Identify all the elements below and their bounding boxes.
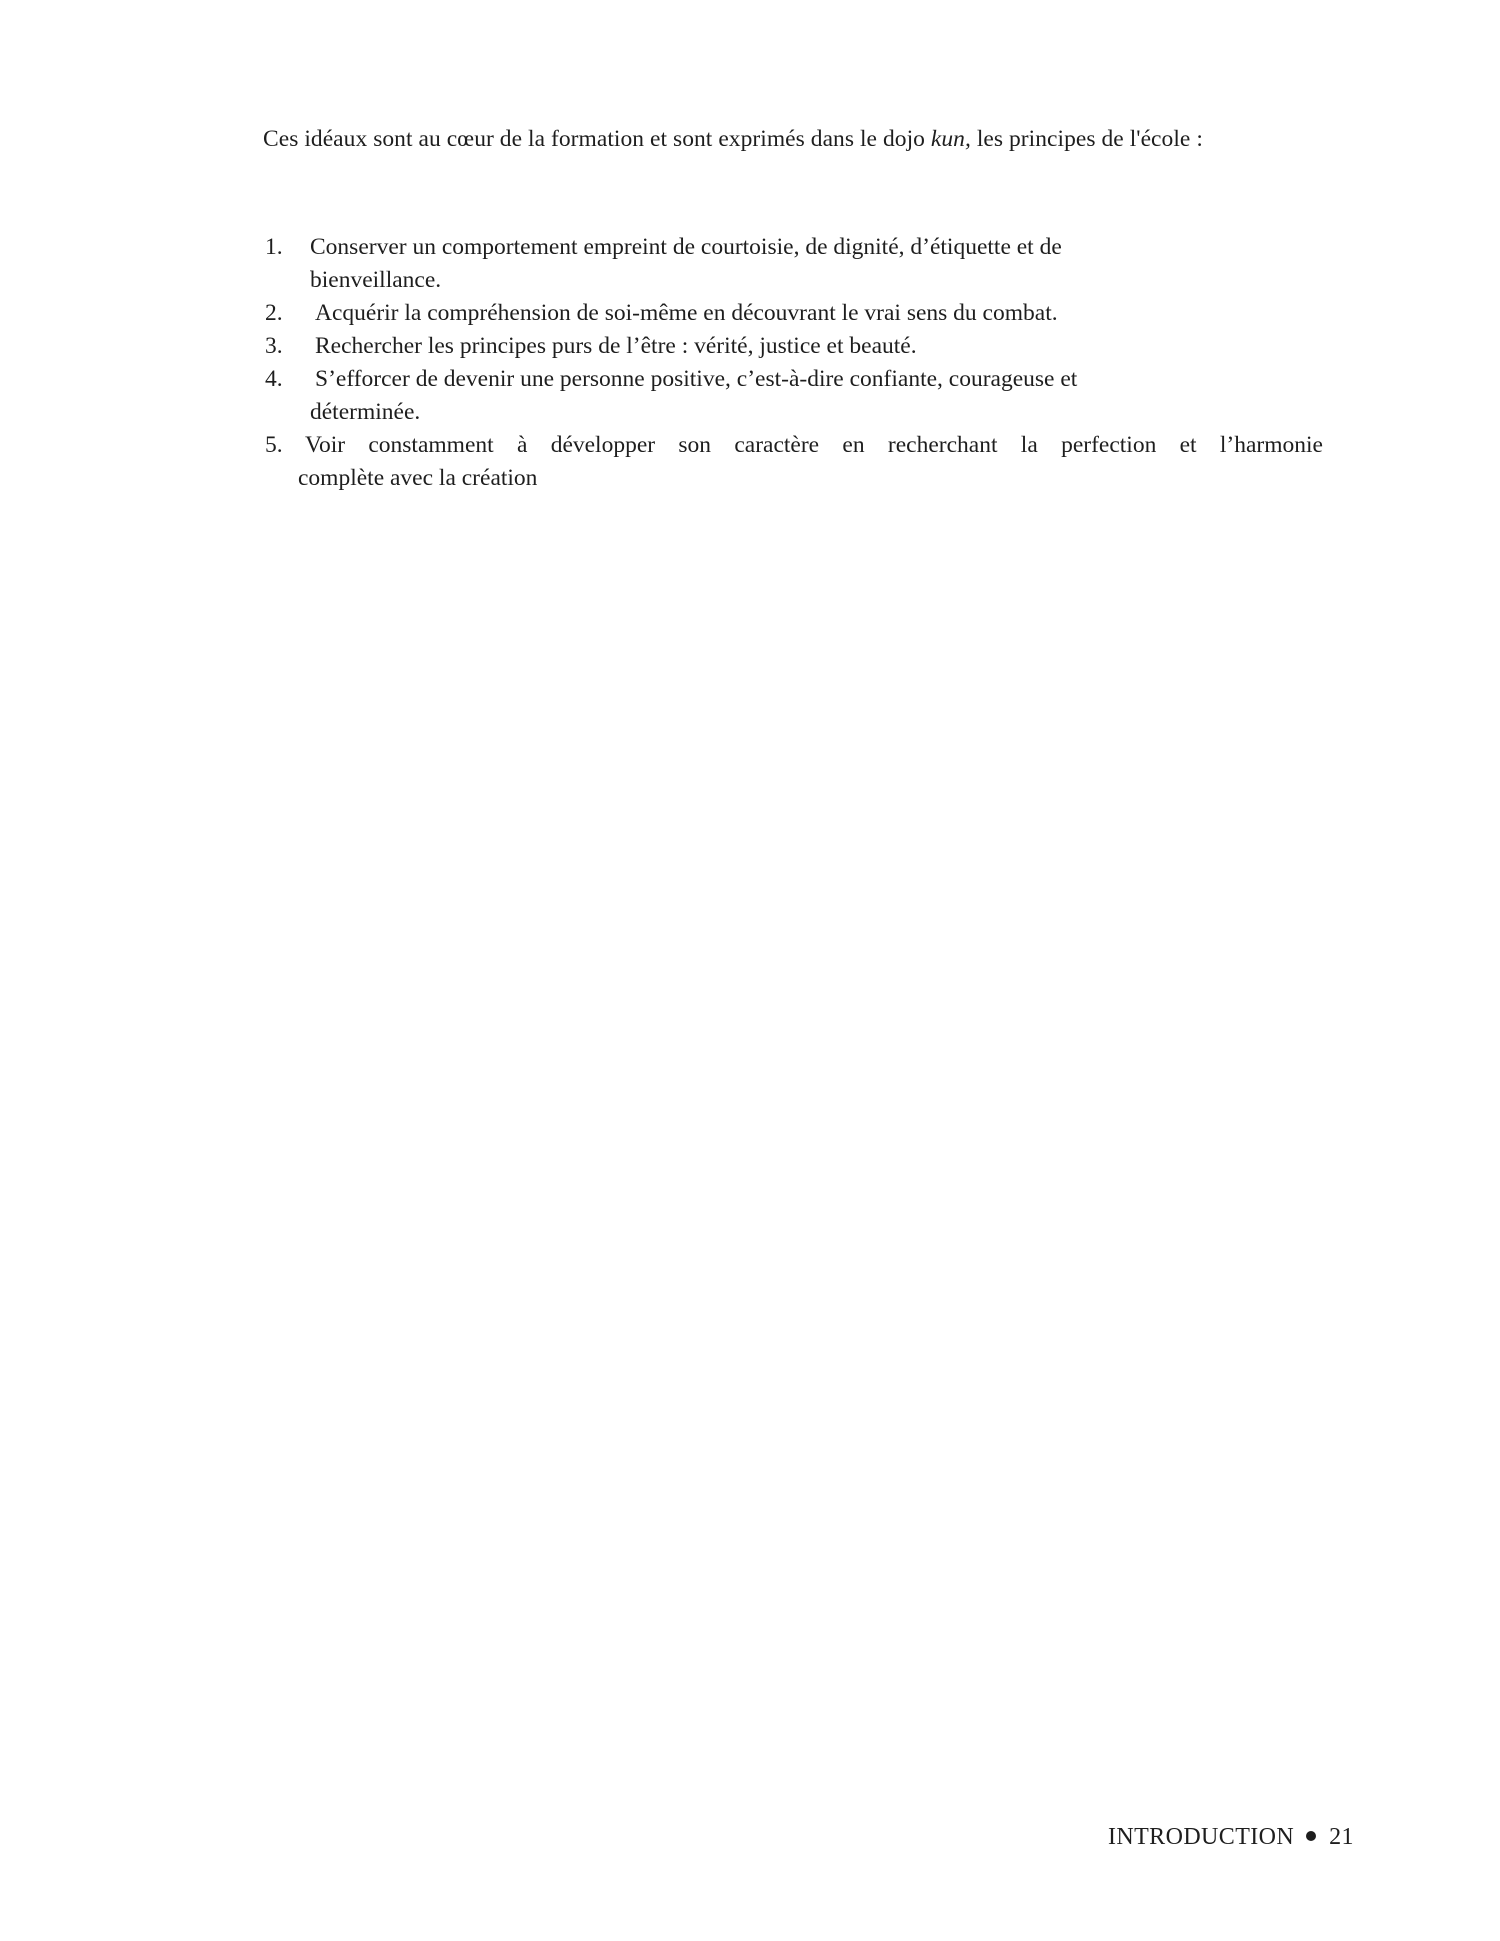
- list-item-line: S’efforcer de devenir une personne posit…: [315, 363, 1323, 396]
- list-item: 2. Acquérir la compréhension de soi-même…: [263, 297, 1323, 330]
- list-item-line: Rechercher les principes purs de l’être …: [315, 330, 1323, 363]
- list-item-text: Voir constamment à développer son caract…: [263, 429, 1323, 495]
- list-item-text: Conserver un comportement empreint de co…: [263, 231, 1323, 297]
- list-item: 3. Rechercher les principes purs de l’êt…: [263, 330, 1323, 363]
- intro-text-end: les principes de l'école :: [971, 126, 1203, 152]
- bullet-separator-icon: [1306, 1831, 1316, 1841]
- list-item-number: 1.: [265, 231, 283, 264]
- list-item-number: 4.: [265, 363, 283, 396]
- list-item-line: Acquérir la compréhension de soi-même en…: [315, 297, 1323, 330]
- footer-section-title: INTRODUCTION: [1108, 1824, 1294, 1850]
- list-item-text: Rechercher les principes purs de l’être …: [263, 330, 1323, 363]
- list-item-line: Voir constamment à développer son caract…: [305, 429, 1323, 462]
- list-item-text: S’efforcer de devenir une personne posit…: [263, 363, 1323, 429]
- list-item-line: complète avec la création: [298, 462, 1323, 495]
- list-item-text: Acquérir la compréhension de soi-même en…: [263, 297, 1323, 330]
- list-item: 1. Conserver un comportement empreint de…: [263, 231, 1323, 297]
- book-page: Ces idéaux sont au cœur de la formation …: [0, 0, 1500, 1941]
- list-item-number: 5.: [265, 429, 283, 462]
- list-item-line: bienveillance.: [310, 264, 1323, 297]
- list-item-number: 2.: [265, 297, 283, 330]
- page-footer: INTRODUCTION21: [1108, 1823, 1354, 1851]
- list-item: 5. Voir constamment à développer son car…: [263, 429, 1323, 495]
- principles-list: 1. Conserver un comportement empreint de…: [263, 231, 1323, 495]
- list-item: 4. S’efforcer de devenir une personne po…: [263, 363, 1323, 429]
- intro-italic-term: kun,: [931, 126, 971, 152]
- list-item-number: 3.: [265, 330, 283, 363]
- list-item-line: déterminée.: [310, 396, 1323, 429]
- list-item-line: Conserver un comportement empreint de co…: [310, 231, 1323, 264]
- intro-text: Ces idéaux sont au cœur de la formation …: [263, 126, 931, 152]
- page-number: 21: [1329, 1824, 1354, 1850]
- intro-paragraph: Ces idéaux sont au cœur de la formation …: [263, 123, 1325, 156]
